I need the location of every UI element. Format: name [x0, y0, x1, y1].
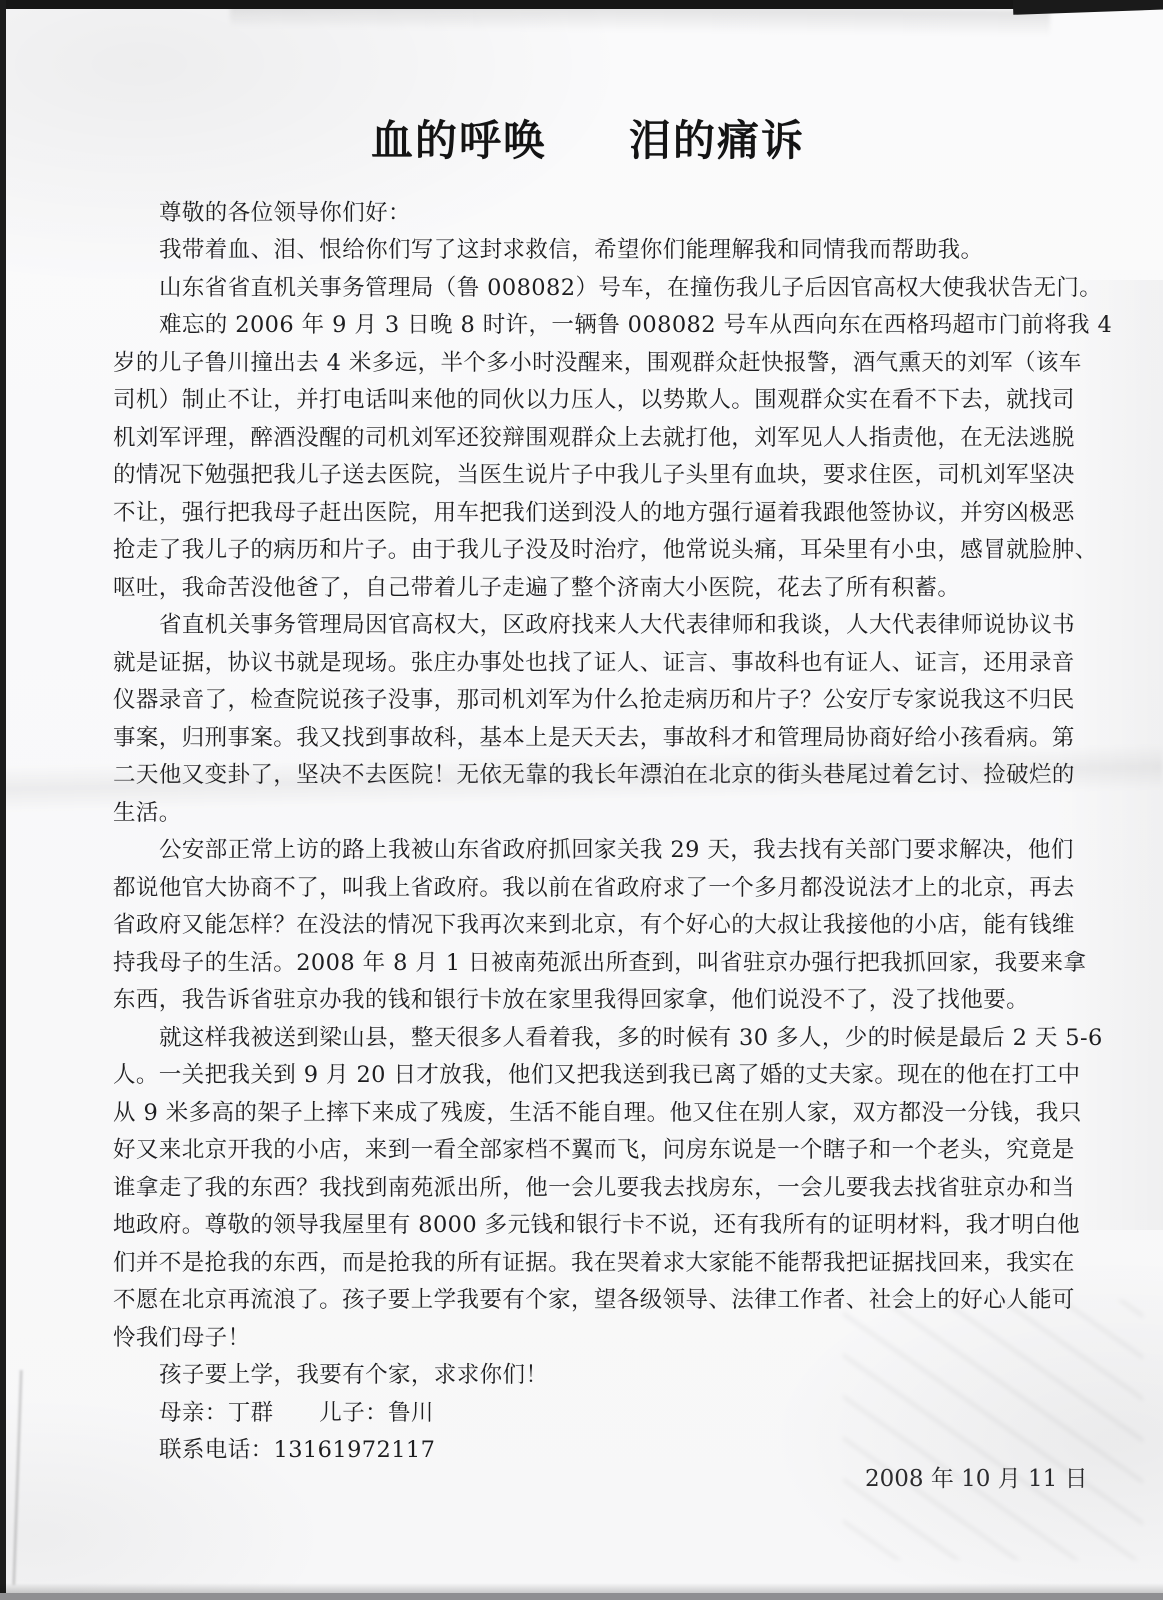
letter-date: 2008 年 10 月 11 日 — [865, 1460, 1088, 1493]
letter-content: 血的呼唤泪的痛诉 尊敬的各位领导你们好： 我带着血、泪、恨给你们写了这封求救信，… — [113, 100, 1063, 1470]
letter-line: 省直机关事务管理局因官高权大，区政府找来人大代表律师和我谈，人大代表律师说协议书 — [113, 607, 1063, 645]
letter-line: 省政府又能怎样？在没法的情况下我再次来到北京，有个好心的大叔让我接他的小店，能有… — [113, 907, 1063, 945]
letter-line: 抢走了我儿子的病历和片子。由于我儿子没及时治疗，他常说头痛，耳朵里有小虫，感冒就… — [113, 532, 1063, 570]
letter-line: 呕吐，我命苦没他爸了，自己带着儿子走遍了整个济南大小医院，花去了所有积蓄。 — [113, 570, 1063, 608]
letter-line: 从 9 米多高的架子上摔下来成了残废，生活不能自理。他又住在别人家，双方都没一分… — [113, 1095, 1063, 1133]
letter-line: 们并不是抢我的东西，而是抢我的所有证据。我在哭着求大家能不能帮我把证据找回来，我… — [113, 1245, 1063, 1283]
letter-body: 尊敬的各位领导你们好： 我带着血、泪、恨给你们写了这封求救信，希望你们能理解我和… — [113, 195, 1063, 1470]
scan-edge-bottom-shadow — [0, 1583, 1163, 1593]
letter-line: 人。一关把我关到 9 月 20 日才放我，他们又把我送到我已离了婚的丈夫家。现在… — [113, 1057, 1063, 1095]
letter-line: 地政府。尊敬的领导我屋里有 8000 多元钱和银行卡不说，还有我所有的证明材料，… — [113, 1207, 1063, 1245]
letter-line: 事案，归刑事案。我又找到事故科，基本上是天天去，事故科才和管理局协商好给小孩看病… — [113, 720, 1063, 758]
paper-crease — [12, 1370, 23, 1585]
letter-line: 二天他又变卦了，坚决不去医院！无依无靠的我长年漂泊在北京的街头巷尾过着乞讨、捡破… — [113, 757, 1063, 795]
scan-edge-top — [0, 0, 1040, 9]
signature-line: 母亲：丁群 儿子：鲁川 — [113, 1395, 1063, 1433]
letter-title-part-1: 血的呼唤 — [371, 116, 547, 165]
letter-line: 不愿在北京再流浪了。孩子要上学我要有个家，望各级领导、法律工作者、社会上的好心人… — [113, 1282, 1063, 1320]
closing-plea-line: 孩子要上学，我要有个家，求求你们！ — [113, 1357, 1063, 1395]
letter-line: 的情况下勉强把我儿子送去医院，当医生说片子中我儿子头里有血块，要求住医，司机刘军… — [113, 457, 1063, 495]
letter-line: 司机）制止不让，并打电话叫来他的同伙以力压人，以势欺人。围观群众实在看不下去，就… — [113, 382, 1063, 420]
letter-line: 好又来北京开我的小店，来到一看全部家档不翼而飞，问房东说是一个瞎子和一个老头，究… — [113, 1132, 1063, 1170]
letter-line: 谁拿走了我的东西？我找到南苑派出所，他一会儿要我去找房东，一会儿要我去找省驻京办… — [113, 1170, 1063, 1208]
letter-line: 就这样我被送到梁山县，整天很多人看着我，多的时候有 30 多人，少的时候是最后 … — [113, 1020, 1063, 1058]
letter-line: 机刘军评理，醉酒没醒的司机刘军还狡辩围观群众上去就打他，刘军见人人指责他，在无法… — [113, 420, 1063, 458]
letter-line: 不让，强行把我母子赶出医院，用车把我们送到没人的地方强行逼着我跟他签协议，并穷凶… — [113, 495, 1063, 533]
letter-line: 东西，我告诉省驻京办我的钱和银行卡放在家里我得回家拿，他们说没不了，没了找他要。 — [113, 982, 1063, 1020]
letter-line: 生活。 — [113, 795, 1063, 833]
letter-line: 难忘的 2006 年 9 月 3 日晚 8 时许，一辆鲁 008082 号车从西… — [113, 307, 1063, 345]
scan-edge-bottom — [0, 1593, 1163, 1600]
letter-line: 都说他官大协商不了，叫我上省政府。我以前在省政府求了一个多月都没说法才上的北京，… — [113, 870, 1063, 908]
letter-line: 山东省省直机关事务管理局（鲁 008082）号车，在撞伤我儿子后因官高权大使我状… — [113, 270, 1063, 308]
letter-title-part-2: 泪的痛诉 — [629, 116, 805, 165]
letter-line: 仪器录音了，检查院说孩子没事，那司机刘军为什么抢走病历和片子？公安厅专家说我这不… — [113, 682, 1063, 720]
letter-line: 怜我们母子！ — [113, 1320, 1063, 1358]
scanned-letter-page: 血的呼唤泪的痛诉 尊敬的各位领导你们好： 我带着血、泪、恨给你们写了这封求救信，… — [0, 0, 1163, 1600]
letter-line: 就是证据，协议书就是现场。张庄办事处也找了证人、证言、事故科也有证人、证言，还用… — [113, 645, 1063, 683]
letter-line: 岁的儿子鲁川撞出去 4 米多远，半个多小时没醒来，围观群众赶快报警，酒气熏天的刘… — [113, 345, 1063, 383]
letter-line: 我带着血、泪、恨给你们写了这封求救信，希望你们能理解我和同情我而帮助我。 — [113, 232, 1063, 270]
letter-line: 公安部正常上访的路上我被山东省政府抓回家关我 29 天，我去找有关部门要求解决，… — [113, 832, 1063, 870]
salutation-line: 尊敬的各位领导你们好： — [113, 195, 1063, 233]
letter-title: 血的呼唤泪的痛诉 — [113, 114, 1063, 169]
letter-line: 持我母子的生活。2008 年 8 月 1 日被南苑派出所查到，叫省驻京办强行把我… — [113, 945, 1063, 983]
scan-edge-top-right — [1013, 0, 1163, 15]
scan-edge-left — [0, 0, 6, 1600]
